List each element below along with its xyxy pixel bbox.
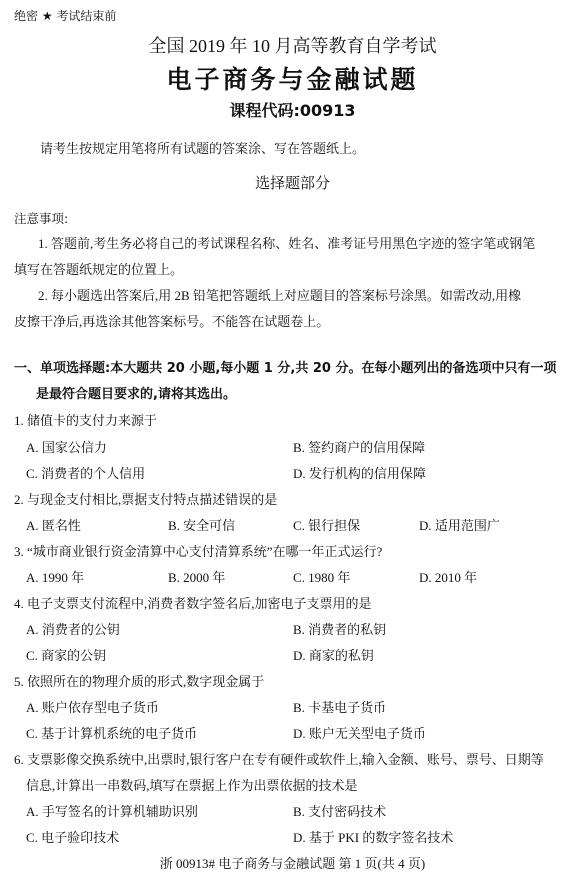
question-5-option-c: C. 基于计算机系统的电子货币 <box>26 727 197 740</box>
question-5-option-b: B. 卡基电子货币 <box>293 701 386 714</box>
question-4: 4. 电子支票支付流程中,消费者数字签名后,加密电子支票用的是 <box>14 597 372 610</box>
paper-title: 电子商务与金融试题 <box>0 67 585 92</box>
question-3-option-b: B. 2000 年 <box>168 571 225 584</box>
question-2-option-d: D. 适用范围广 <box>419 519 500 532</box>
question-1-option-a: A. 国家公信力 <box>26 441 107 454</box>
question-6-option-c: C. 电子验印技术 <box>26 831 119 844</box>
question-2-option-b: B. 安全可信 <box>168 519 235 532</box>
question-2: 2. 与现金支付相比,票据支付特点描述错误的是 <box>14 493 277 506</box>
question-5: 5. 依照所在的物理介质的形式,数字现金属于 <box>14 675 264 688</box>
question-2-option-c: C. 银行担保 <box>293 519 360 532</box>
part-header-line-2: 是最符合题目要求的,请将其选出。 <box>36 388 236 401</box>
question-1: 1. 储值卡的支付力来源于 <box>14 414 157 427</box>
question-5-option-d: D. 账户无关型电子货币 <box>293 727 426 740</box>
question-6-option-a: A. 手写签名的计算机辅助识别 <box>26 805 198 818</box>
question-2-option-a: A. 匿名性 <box>26 519 81 532</box>
question-3: 3. “城市商业银行资金清算中心支付清算系统”在哪一年正式运行? <box>14 545 382 558</box>
note-2-line-1: 2. 每小题选出答案后,用 2B 铅笔把答题纸上对应题目的答案标号涂黑。如需改动… <box>38 289 521 302</box>
section-heading: 选择题部分 <box>0 176 585 191</box>
question-5-option-a: A. 账户依存型电子货币 <box>26 701 159 714</box>
question-4-option-b: B. 消费者的私钥 <box>293 623 386 636</box>
question-6-line-1: 6. 支票影像交换系统中,出票时,银行客户在专有硬件或软件上,输入金额、账号、票… <box>14 753 544 766</box>
page-footer: 浙 00913# 电子商务与金融试题 第 1 页(共 4 页) <box>0 857 585 870</box>
question-1-option-b: B. 签约商户的信用保障 <box>293 441 425 454</box>
instruction-text: 请考生按规定用笔将所有试题的答案涂、写在答题纸上。 <box>40 143 365 156</box>
note-1-line-1: 1. 答题前,考生务必将自己的考试课程名称、姓名、准考证号用黑色字迹的签字笔或钢… <box>38 237 535 250</box>
question-4-option-d: D. 商家的私钥 <box>293 649 374 662</box>
part-header-line-1: 一、单项选择题:本大题共 20 小题,每小题 1 分,共 20 分。在每小题列出… <box>14 362 556 375</box>
question-1-option-c: C. 消费者的个人信用 <box>26 467 145 480</box>
note-2-line-2: 皮擦干净后,再选涂其他答案标号。不能答在试题卷上。 <box>14 315 329 328</box>
exam-title: 全国 2019 年 10 月高等教育自学考试 <box>0 37 585 55</box>
question-6-option-d: D. 基于 PKI 的数字签名技术 <box>293 831 453 844</box>
question-3-option-a: A. 1990 年 <box>26 571 84 584</box>
question-6-option-b: B. 支付密码技术 <box>293 805 386 818</box>
notes-title: 注意事项: <box>14 213 68 226</box>
note-1-line-2: 填写在答题纸规定的位置上。 <box>14 263 183 276</box>
question-3-option-c: C. 1980 年 <box>293 571 350 584</box>
question-6-line-2: 信息,计算出一串数码,填写在票据上作为出票依据的技术是 <box>26 779 358 792</box>
question-1-option-d: D. 发行机构的信用保障 <box>293 467 426 480</box>
confidential-notice: 绝密 ★ 考试结束前 <box>14 10 116 22</box>
question-3-option-d: D. 2010 年 <box>419 571 477 584</box>
question-4-option-c: C. 商家的公钥 <box>26 649 106 662</box>
question-4-option-a: A. 消费者的公钥 <box>26 623 120 636</box>
course-code: 课程代码:00913 <box>0 103 585 119</box>
